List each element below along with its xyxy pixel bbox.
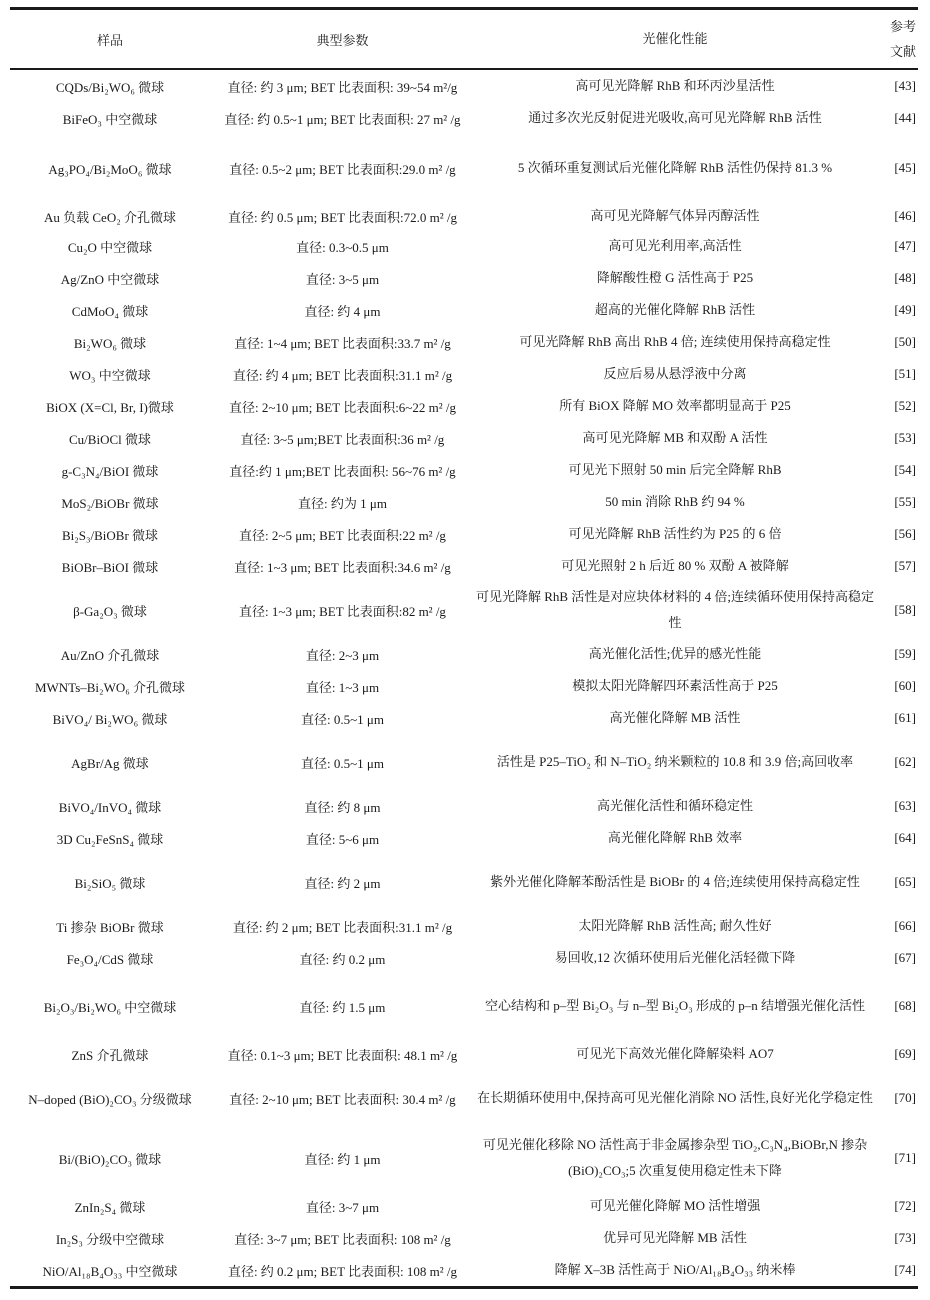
sample-cell: Au/ZnO 介孔微球 bbox=[10, 645, 210, 664]
table-row: Ag/ZnO 中空微球直径: 3~5 μm降解酸性橙 G 活性高于 P25[48… bbox=[10, 262, 918, 294]
params-cell: 直径: 1~4 μm; BET 比表面积:33.7 m² /g bbox=[210, 333, 475, 352]
sample-cell: Bi₂SiO₅ 微球 bbox=[10, 873, 210, 892]
params-cell: 直径: 约 8 μm bbox=[210, 797, 475, 816]
reference-cell: [56] bbox=[875, 526, 918, 542]
performance-cell: 可见光催化移除 NO 活性高于非金属掺杂型 TiO₂,C₃N₄,BiOBr,N … bbox=[475, 1132, 875, 1184]
reference-cell: [45] bbox=[875, 160, 918, 176]
sample-cell: Au 负载 CeO₂ 介孔微球 bbox=[10, 207, 210, 226]
table-row: WO₃ 中空微球直径: 约 4 μm; BET 比表面积:31.1 m² /g反… bbox=[10, 358, 918, 390]
params-cell: 直径: 约 0.5 μm; BET 比表面积:72.0 m² /g bbox=[210, 207, 475, 226]
performance-cell: 模拟太阳光降解四环素活性高于 P25 bbox=[475, 673, 875, 699]
reference-cell: [52] bbox=[875, 398, 918, 414]
sample-cell: ZnS 介孔微球 bbox=[10, 1045, 210, 1064]
performance-cell: 太阳光降解 RhB 活性高; 耐久性好 bbox=[475, 913, 875, 939]
table-row: In₂S₃ 分级中空微球直径: 3~7 μm; BET 比表面积: 108 m²… bbox=[10, 1222, 918, 1254]
performance-cell: 易回收,12 次循环使用后光催化活轻微下降 bbox=[475, 945, 875, 971]
table-row: BiOBr–BiOI 微球直径: 1~3 μm; BET 比表面积:34.6 m… bbox=[10, 550, 918, 582]
header-reference-line2: 文献 bbox=[875, 39, 916, 64]
performance-cell: 紫外光催化降解苯酚活性是 BiOBr 的 4 倍;连续使用保持高稳定性 bbox=[475, 869, 875, 895]
table-row: Cu₂O 中空微球直径: 0.3~0.5 μm高可见光利用率,高活性[47] bbox=[10, 230, 918, 262]
header-sample: 样品 bbox=[10, 30, 210, 49]
table-row: Bi₂S₃/BiOBr 微球直径: 2~5 μm; BET 比表面积:22 m²… bbox=[10, 518, 918, 550]
params-cell: 直径: 0.5~2 μm; BET 比表面积:29.0 m² /g bbox=[210, 159, 475, 178]
performance-cell: 高可见光降解 RhB 和环丙沙星活性 bbox=[475, 73, 875, 99]
sample-cell: MoS₂/BiOBr 微球 bbox=[10, 493, 210, 512]
params-cell: 直径: 2~3 μm bbox=[210, 645, 475, 664]
reference-cell: [50] bbox=[875, 334, 918, 350]
table-row: Bi/(BiO)₂CO₃ 微球直径: 约 1 μm可见光催化移除 NO 活性高于… bbox=[10, 1126, 918, 1190]
reference-cell: [53] bbox=[875, 430, 918, 446]
sample-cell: Ti 掺杂 BiOBr 微球 bbox=[10, 917, 210, 936]
sample-cell: Cu₂O 中空微球 bbox=[10, 237, 210, 256]
params-cell: 直径: 约 2 μm; BET 比表面积:31.1 m² /g bbox=[210, 917, 475, 936]
params-cell: 直径: 3~5 μm;BET 比表面积:36 m² /g bbox=[210, 429, 475, 448]
table-row: Ti 掺杂 BiOBr 微球直径: 约 2 μm; BET 比表面积:31.1 … bbox=[10, 910, 918, 942]
table-row: BiVO₄/InVO₄ 微球直径: 约 8 μm高光催化活性和循环稳定性[63] bbox=[10, 790, 918, 822]
sample-cell: BiOBr–BiOI 微球 bbox=[10, 557, 210, 576]
reference-cell: [43] bbox=[875, 78, 918, 94]
sample-cell: CdMoO₄ 微球 bbox=[10, 301, 210, 320]
reference-cell: [69] bbox=[875, 1046, 918, 1062]
table-row: β-Ga₂O₃ 微球直径: 1~3 μm; BET 比表面积:82 m² /g可… bbox=[10, 582, 918, 638]
table-header-row: 样品 典型参数 光催化性能 参考 文献 bbox=[10, 10, 918, 70]
sample-cell: Cu/BiOCl 微球 bbox=[10, 429, 210, 448]
performance-cell: 可见光降解 RhB 高出 RhB 4 倍; 连续使用保持高稳定性 bbox=[475, 329, 875, 355]
performance-cell: 可见光照射 2 h 后近 80 % 双酚 A 被降解 bbox=[475, 553, 875, 579]
params-cell: 直径: 2~5 μm; BET 比表面积:22 m² /g bbox=[210, 525, 475, 544]
table-row: Bi₂SiO₅ 微球直径: 约 2 μm紫外光催化降解苯酚活性是 BiOBr 的… bbox=[10, 854, 918, 910]
params-cell: 直径: 约 0.2 μm; BET 比表面积: 108 m² /g bbox=[210, 1261, 475, 1280]
sample-cell: MWNTs–Bi₂WO₆ 介孔微球 bbox=[10, 677, 210, 696]
microsphere-photocatalyst-table: 样品 典型参数 光催化性能 参考 文献 CQDs/Bi₂WO₆ 微球直径: 约 … bbox=[10, 7, 918, 1289]
sample-cell: BiVO₄/ Bi₂WO₆ 微球 bbox=[10, 709, 210, 728]
performance-cell: 通过多次光反射促进光吸收,高可见光降解 RhB 活性 bbox=[475, 105, 875, 131]
reference-cell: [60] bbox=[875, 678, 918, 694]
params-cell: 直径: 约 4 μm; BET 比表面积:31.1 m² /g bbox=[210, 365, 475, 384]
header-params: 典型参数 bbox=[210, 30, 475, 49]
reference-cell: [59] bbox=[875, 646, 918, 662]
performance-cell: 5 次循环重复测试后光催化降解 RhB 活性仍保持 81.3 % bbox=[475, 155, 875, 181]
table-row: CdMoO₄ 微球直径: 约 4 μm超高的光催化降解 RhB 活性[49] bbox=[10, 294, 918, 326]
sample-cell: WO₃ 中空微球 bbox=[10, 365, 210, 384]
table-row: ZnS 介孔微球直径: 0.1~3 μm; BET 比表面积: 48.1 m² … bbox=[10, 1038, 918, 1070]
sample-cell: CQDs/Bi₂WO₆ 微球 bbox=[10, 77, 210, 96]
table-body: CQDs/Bi₂WO₆ 微球直径: 约 3 μm; BET 比表面积: 39~5… bbox=[10, 70, 918, 1286]
performance-cell: 所有 BiOX 降解 MO 效率都明显高于 P25 bbox=[475, 393, 875, 419]
performance-cell: 高可见光降解气体异丙醇活性 bbox=[475, 203, 875, 229]
reference-cell: [70] bbox=[875, 1090, 918, 1106]
params-cell: 直径: 约 0.5~1 μm; BET 比表面积: 27 m² /g bbox=[210, 109, 475, 128]
sample-cell: Bi₂S₃/BiOBr 微球 bbox=[10, 525, 210, 544]
sample-cell: Bi₂WO₆ 微球 bbox=[10, 333, 210, 352]
reference-cell: [51] bbox=[875, 366, 918, 382]
reference-cell: [64] bbox=[875, 830, 918, 846]
performance-cell: 空心结构和 p–型 Bi₂O₃ 与 n–型 Bi₂O₃ 形成的 p–n 结增强光… bbox=[475, 993, 875, 1019]
table-row: Au/ZnO 介孔微球直径: 2~3 μm高光催化活性;优异的感光性能[59] bbox=[10, 638, 918, 670]
params-cell: 直径: 约 1 μm bbox=[210, 1149, 475, 1168]
table-row: BiFeO₃ 中空微球直径: 约 0.5~1 μm; BET 比表面积: 27 … bbox=[10, 102, 918, 134]
reference-cell: [46] bbox=[875, 208, 918, 224]
params-cell: 直径: 0.3~0.5 μm bbox=[210, 237, 475, 256]
params-cell: 直径: 1~3 μm bbox=[210, 677, 475, 696]
performance-cell: 可见光下高效光催化降解染料 AO7 bbox=[475, 1041, 875, 1067]
sample-cell: In₂S₃ 分级中空微球 bbox=[10, 1229, 210, 1248]
performance-cell: 高光催化活性;优异的感光性能 bbox=[475, 641, 875, 667]
reference-cell: [68] bbox=[875, 998, 918, 1014]
table-row: Ag₃PO₄/Bi₂MoO₆ 微球直径: 0.5~2 μm; BET 比表面积:… bbox=[10, 134, 918, 202]
table-row: BiOX (X=Cl, Br, I)微球直径: 2~10 μm; BET 比表面… bbox=[10, 390, 918, 422]
params-cell: 直径:约 1 μm;BET 比表面积: 56~76 m² /g bbox=[210, 461, 475, 480]
performance-cell: 降解 X–3B 活性高于 NiO/Al₁₈B₄O₃₃ 纳米棒 bbox=[475, 1257, 875, 1283]
table-row: 3D Cu₂FeSnS₄ 微球直径: 5~6 μm高光催化降解 RhB 效率[6… bbox=[10, 822, 918, 854]
table-row: NiO/Al₁₈B₄O₃₃ 中空微球直径: 约 0.2 μm; BET 比表面积… bbox=[10, 1254, 918, 1286]
params-cell: 直径: 3~7 μm bbox=[210, 1197, 475, 1216]
reference-cell: [47] bbox=[875, 238, 918, 254]
sample-cell: Bi₂O₃/Bi₂WO₆ 中空微球 bbox=[10, 997, 210, 1016]
params-cell: 直径: 约 2 μm bbox=[210, 873, 475, 892]
table-row: MoS₂/BiOBr 微球直径: 约为 1 μm50 min 消除 RhB 约 … bbox=[10, 486, 918, 518]
params-cell: 直径: 0.1~3 μm; BET 比表面积: 48.1 m² /g bbox=[210, 1045, 475, 1064]
reference-cell: [57] bbox=[875, 558, 918, 574]
reference-cell: [72] bbox=[875, 1198, 918, 1214]
sample-cell: NiO/Al₁₈B₄O₃₃ 中空微球 bbox=[10, 1261, 210, 1280]
reference-cell: [58] bbox=[875, 602, 918, 618]
params-cell: 直径: 约 4 μm bbox=[210, 301, 475, 320]
params-cell: 直径: 2~10 μm; BET 比表面积:6~22 m² /g bbox=[210, 397, 475, 416]
table-row: AgBr/Ag 微球直径: 0.5~1 μm活性是 P25–TiO₂ 和 N–T… bbox=[10, 734, 918, 790]
sample-cell: Fe₃O₄/CdS 微球 bbox=[10, 949, 210, 968]
reference-cell: [49] bbox=[875, 302, 918, 318]
table-row: MWNTs–Bi₂WO₆ 介孔微球直径: 1~3 μm模拟太阳光降解四环素活性高… bbox=[10, 670, 918, 702]
params-cell: 直径: 2~10 μm; BET 比表面积: 30.4 m² /g bbox=[210, 1089, 475, 1108]
performance-cell: 可见光下照射 50 min 后完全降解 RhB bbox=[475, 457, 875, 483]
params-cell: 直径: 约为 1 μm bbox=[210, 493, 475, 512]
table-row: Fe₃O₄/CdS 微球直径: 约 0.2 μm易回收,12 次循环使用后光催化… bbox=[10, 942, 918, 974]
sample-cell: BiVO₄/InVO₄ 微球 bbox=[10, 797, 210, 816]
table-row: CQDs/Bi₂WO₆ 微球直径: 约 3 μm; BET 比表面积: 39~5… bbox=[10, 70, 918, 102]
performance-cell: 高光催化降解 RhB 效率 bbox=[475, 825, 875, 851]
sample-cell: g-C₃N₄/BiOI 微球 bbox=[10, 461, 210, 480]
params-cell: 直径: 1~3 μm; BET 比表面积:34.6 m² /g bbox=[210, 557, 475, 576]
sample-cell: ZnIn₂S₄ 微球 bbox=[10, 1197, 210, 1216]
performance-cell: 优异可见光降解 MB 活性 bbox=[475, 1225, 875, 1251]
reference-cell: [44] bbox=[875, 110, 918, 126]
reference-cell: [73] bbox=[875, 1230, 918, 1246]
reference-cell: [54] bbox=[875, 462, 918, 478]
reference-cell: [67] bbox=[875, 950, 918, 966]
table-row: Cu/BiOCl 微球直径: 3~5 μm;BET 比表面积:36 m² /g高… bbox=[10, 422, 918, 454]
reference-cell: [66] bbox=[875, 918, 918, 934]
reference-cell: [61] bbox=[875, 710, 918, 726]
params-cell: 直径: 5~6 μm bbox=[210, 829, 475, 848]
table-row: ZnIn₂S₄ 微球直径: 3~7 μm可见光催化降解 MO 活性增强[72] bbox=[10, 1190, 918, 1222]
params-cell: 直径: 0.5~1 μm bbox=[210, 709, 475, 728]
table-row: BiVO₄/ Bi₂WO₆ 微球直径: 0.5~1 μm高光催化降解 MB 活性… bbox=[10, 702, 918, 734]
table-row: g-C₃N₄/BiOI 微球直径:约 1 μm;BET 比表面积: 56~76 … bbox=[10, 454, 918, 486]
reference-cell: [55] bbox=[875, 494, 918, 510]
params-cell: 直径: 3~5 μm bbox=[210, 269, 475, 288]
sample-cell: BiFeO₃ 中空微球 bbox=[10, 109, 210, 128]
performance-cell: 超高的光催化降解 RhB 活性 bbox=[475, 297, 875, 323]
params-cell: 直径: 0.5~1 μm bbox=[210, 753, 475, 772]
performance-cell: 50 min 消除 RhB 约 94 % bbox=[475, 489, 875, 515]
header-reference-line1: 参考 bbox=[875, 14, 916, 39]
reference-cell: [65] bbox=[875, 874, 918, 890]
reference-cell: [48] bbox=[875, 270, 918, 286]
sample-cell: Ag/ZnO 中空微球 bbox=[10, 269, 210, 288]
table-row: Bi₂O₃/Bi₂WO₆ 中空微球直径: 约 1.5 μm空心结构和 p–型 B… bbox=[10, 974, 918, 1038]
performance-cell: 可见光降解 RhB 活性约为 P25 的 6 倍 bbox=[475, 521, 875, 547]
header-reference: 参考 文献 bbox=[875, 14, 918, 64]
table-row: N–doped (BiO)₂CO₃ 分级微球直径: 2~10 μm; BET 比… bbox=[10, 1070, 918, 1126]
reference-cell: [62] bbox=[875, 754, 918, 770]
sample-cell: β-Ga₂O₃ 微球 bbox=[10, 601, 210, 620]
performance-cell: 反应后易从悬浮液中分离 bbox=[475, 361, 875, 387]
performance-cell: 可见光催化降解 MO 活性增强 bbox=[475, 1193, 875, 1219]
reference-cell: [63] bbox=[875, 798, 918, 814]
params-cell: 直径: 约 1.5 μm bbox=[210, 997, 475, 1016]
sample-cell: BiOX (X=Cl, Br, I)微球 bbox=[10, 397, 210, 416]
sample-cell: N–doped (BiO)₂CO₃ 分级微球 bbox=[10, 1089, 210, 1108]
performance-cell: 高可见光利用率,高活性 bbox=[475, 233, 875, 259]
header-performance: 光催化性能 bbox=[475, 26, 875, 52]
sample-cell: Ag₃PO₄/Bi₂MoO₆ 微球 bbox=[10, 159, 210, 178]
table-row: Au 负载 CeO₂ 介孔微球直径: 约 0.5 μm; BET 比表面积:72… bbox=[10, 202, 918, 230]
performance-cell: 高光催化降解 MB 活性 bbox=[475, 705, 875, 731]
performance-cell: 可见光降解 RhB 活性是对应块体材料的 4 倍;连续循环使用保持高稳定性 bbox=[475, 584, 875, 636]
performance-cell: 高可见光降解 MB 和双酚 A 活性 bbox=[475, 425, 875, 451]
performance-cell: 在长期循环使用中,保持高可见光催化消除 NO 活性,良好光化学稳定性 bbox=[475, 1085, 875, 1111]
reference-cell: [74] bbox=[875, 1262, 918, 1278]
params-cell: 直径: 1~3 μm; BET 比表面积:82 m² /g bbox=[210, 601, 475, 620]
table-row: Bi₂WO₆ 微球直径: 1~4 μm; BET 比表面积:33.7 m² /g… bbox=[10, 326, 918, 358]
sample-cell: Bi/(BiO)₂CO₃ 微球 bbox=[10, 1149, 210, 1168]
params-cell: 直径: 约 3 μm; BET 比表面积: 39~54 m²/g bbox=[210, 77, 475, 96]
sample-cell: 3D Cu₂FeSnS₄ 微球 bbox=[10, 829, 210, 848]
performance-cell: 降解酸性橙 G 活性高于 P25 bbox=[475, 265, 875, 291]
performance-cell: 活性是 P25–TiO₂ 和 N–TiO₂ 纳米颗粒的 10.8 和 3.9 倍… bbox=[475, 749, 875, 775]
params-cell: 直径: 约 0.2 μm bbox=[210, 949, 475, 968]
reference-cell: [71] bbox=[875, 1150, 918, 1166]
params-cell: 直径: 3~7 μm; BET 比表面积: 108 m² /g bbox=[210, 1229, 475, 1248]
sample-cell: AgBr/Ag 微球 bbox=[10, 753, 210, 772]
performance-cell: 高光催化活性和循环稳定性 bbox=[475, 793, 875, 819]
